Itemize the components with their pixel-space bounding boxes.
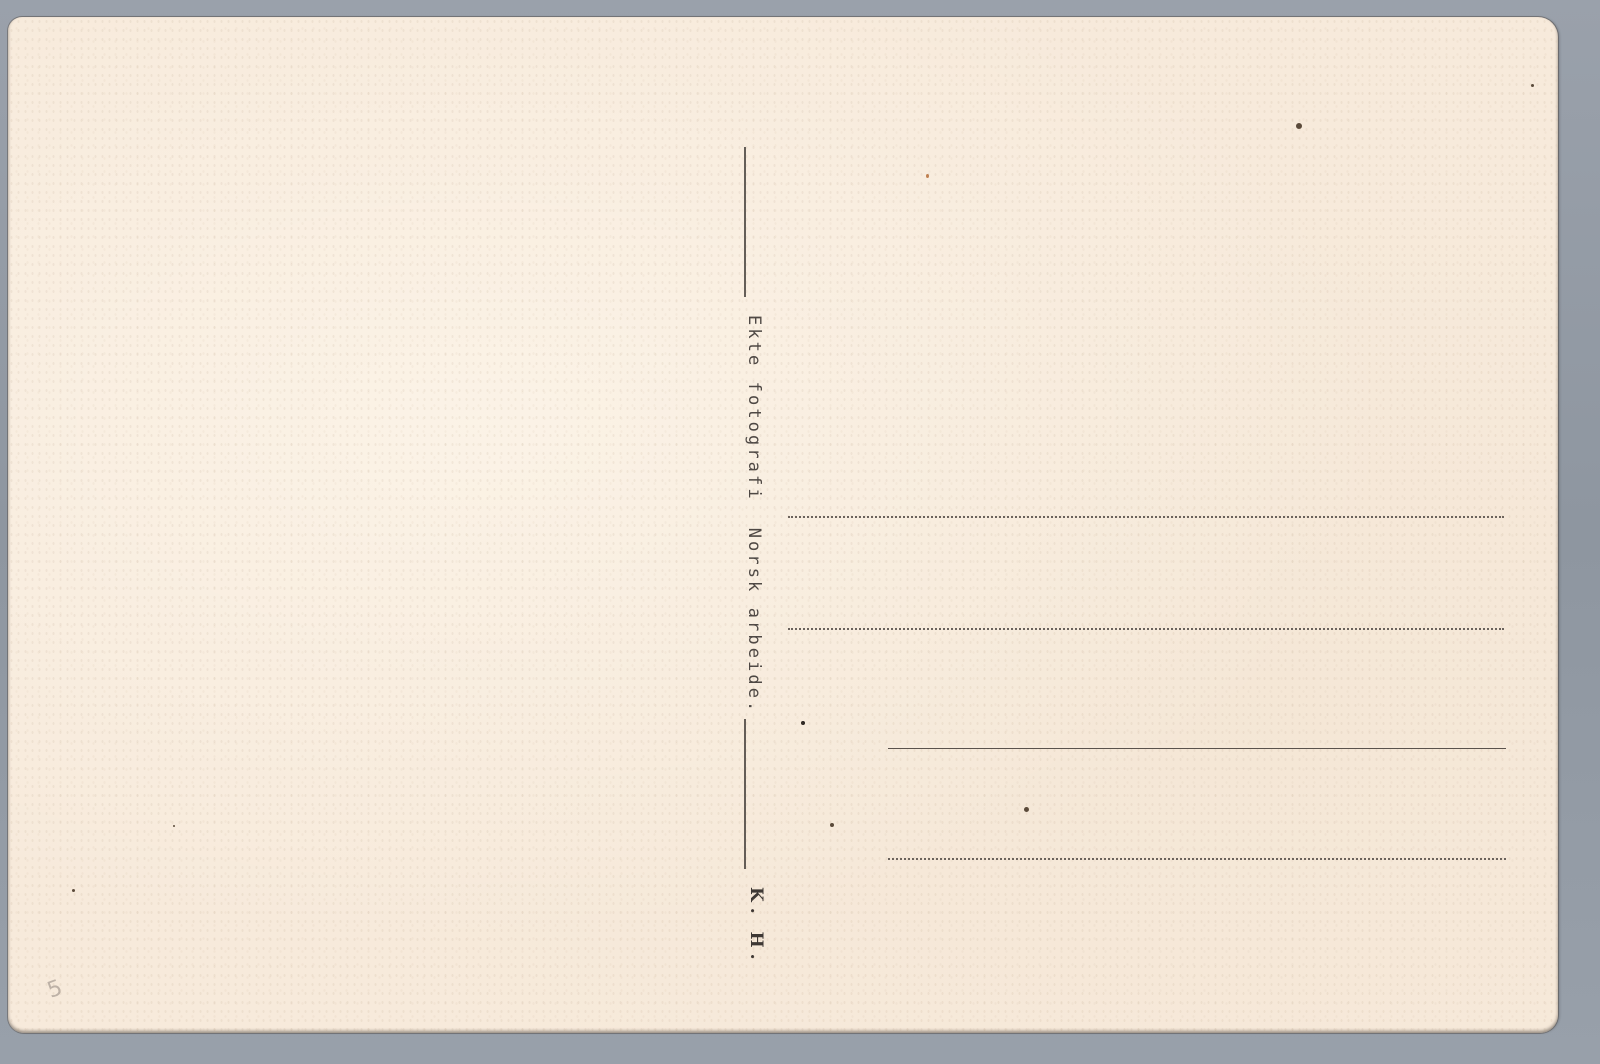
address-line-1: [788, 516, 1504, 518]
publisher-initials: K. H.: [747, 887, 764, 966]
ink-speck: [1531, 84, 1534, 87]
address-line-4: [888, 858, 1506, 860]
pencil-mark: 5: [44, 975, 66, 1003]
ink-speck: [1024, 807, 1029, 812]
imprint-norwegian-work: Norsk arbeide.: [744, 528, 764, 715]
scanner-background: Ekte fotografiNorsk arbeide. K. H. 5: [0, 0, 1600, 1064]
ink-speck: [72, 889, 75, 892]
address-line-2: [788, 628, 1504, 630]
address-line-3: [888, 748, 1506, 749]
divider-line-top: [744, 147, 746, 297]
postcard-back: Ekte fotografiNorsk arbeide. K. H. 5: [8, 17, 1558, 1033]
ink-speck: [830, 823, 834, 827]
imprint-real-photo: Ekte fotografi: [744, 315, 764, 502]
ink-speck: [801, 721, 805, 725]
ink-speck: [926, 174, 929, 178]
ink-speck: [173, 825, 175, 827]
divider-line-bottom: [744, 719, 746, 869]
ink-speck: [1296, 123, 1302, 129]
imprint-text: Ekte fotografiNorsk arbeide.: [745, 315, 762, 714]
